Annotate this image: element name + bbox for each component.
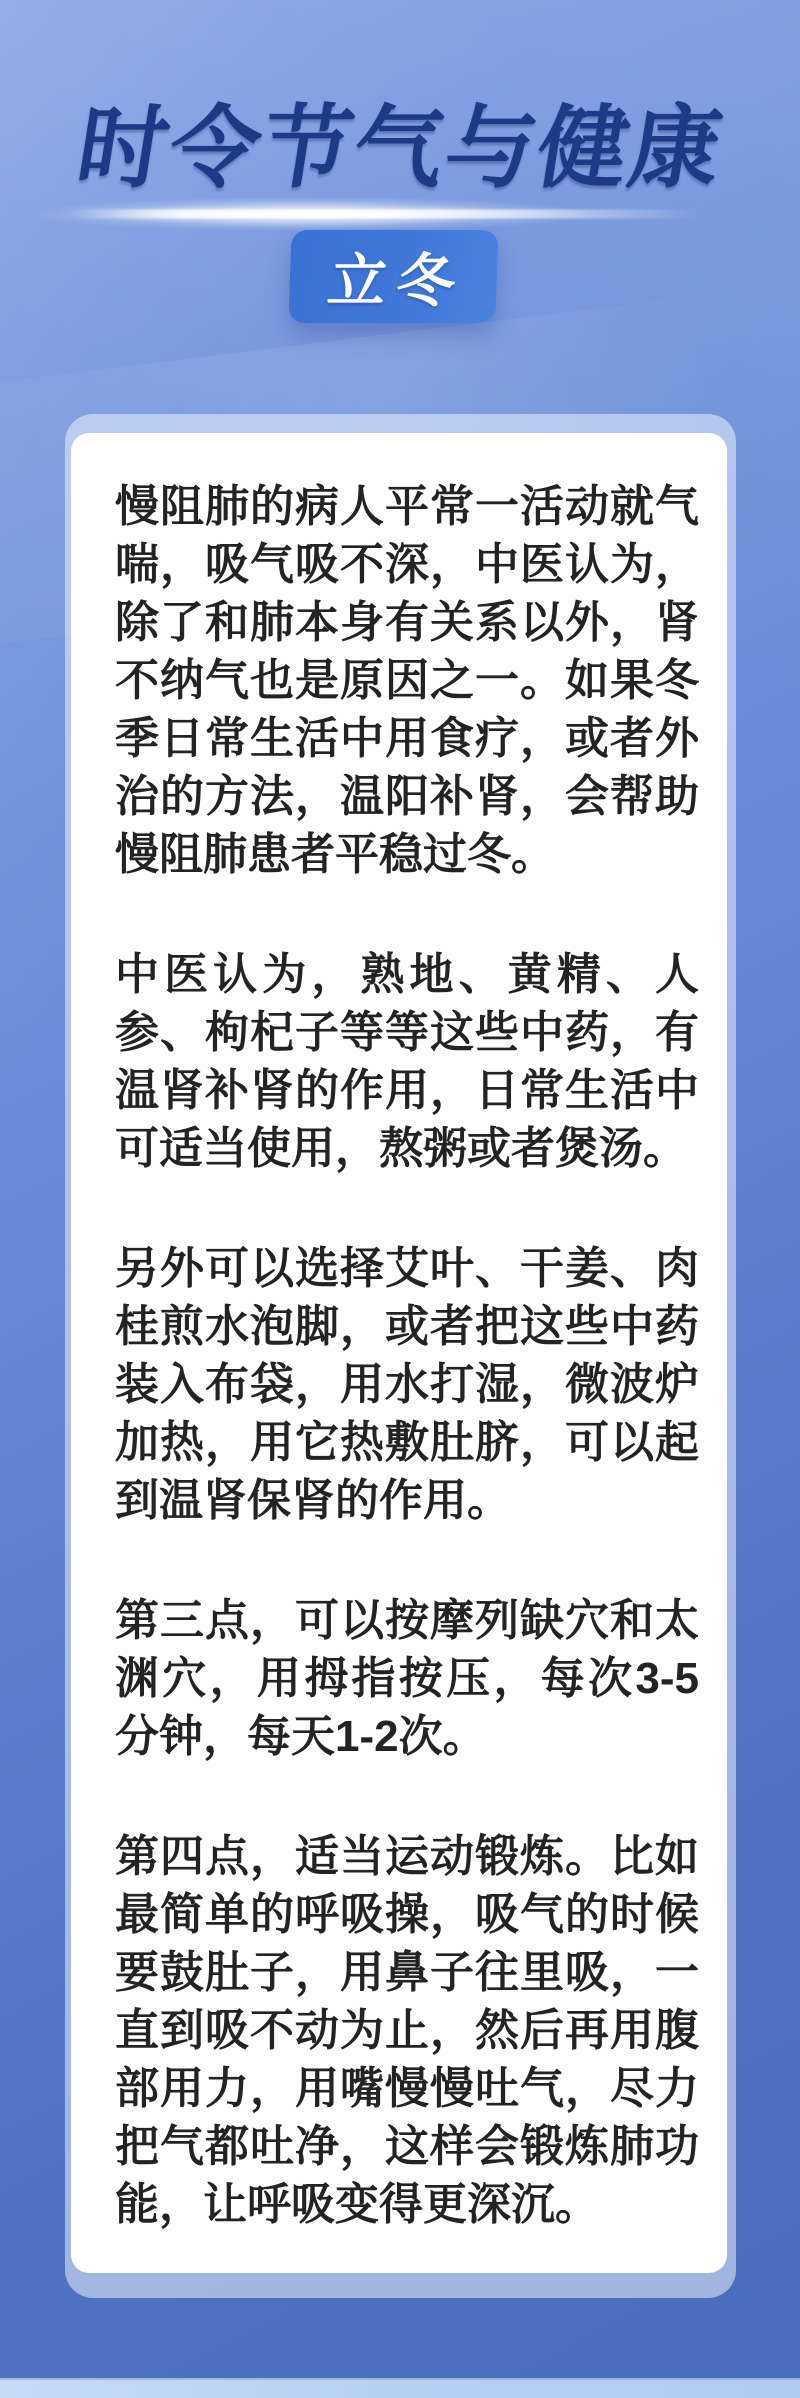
text-line: 慢阻肺的病人平常一活动就气: [115, 478, 699, 536]
text-line: 中医认为，熟地、黄精、人: [115, 946, 699, 1004]
paragraph: 另外可以选择艾叶、干姜、肉桂煎水泡脚，或者把这些中药装入布袋，用水打湿，微波炉加…: [115, 1240, 699, 1530]
text-line: 喘，吸气吸不深，中医认为，: [115, 536, 699, 594]
text-line: 分钟，每天1-2次。: [115, 1708, 699, 1766]
text-line: 加热，用它热敷肚脐，可以起: [115, 1414, 699, 1472]
text-line: 温肾补肾的作用，日常生活中: [115, 1062, 699, 1120]
text-line: 慢阻肺患者平稳过冬。: [115, 826, 699, 884]
paragraph: 中医认为，熟地、黄精、人参、枸杞子等等这些中药，有温肾补肾的作用，日常生活中可适…: [115, 946, 699, 1178]
text-line: 治的方法，温阳补肾，会帮助: [115, 768, 699, 826]
text-line: 部用力，用嘴慢慢吐气，尽力: [115, 2060, 699, 2118]
text-line: 能，让呼吸变得更深沉。: [115, 2176, 699, 2234]
bottom-strip: [0, 2378, 800, 2398]
content-card: 慢阻肺的病人平常一活动就气喘，吸气吸不深，中医认为，除了和肺本身有关系以外，肾不…: [71, 433, 727, 2273]
text-line: 可适当使用，熬粥或者煲汤。: [115, 1120, 699, 1178]
text-line: 要鼓肚子，用鼻子往里吸，一: [115, 1944, 699, 2002]
text-line: 渊穴，用拇指按压，每次3-5: [115, 1650, 699, 1708]
text-line: 把气都吐净，这样会锻炼肺功: [115, 2118, 699, 2176]
text-line: 最简单的呼吸操，吸气的时候: [115, 1886, 699, 1944]
text-line: 桂煎水泡脚，或者把这些中药: [115, 1298, 699, 1356]
text-line: 另外可以选择艾叶、干姜、肉: [115, 1240, 699, 1298]
paragraph: 慢阻肺的病人平常一活动就气喘，吸气吸不深，中医认为，除了和肺本身有关系以外，肾不…: [115, 478, 699, 884]
health-poster: 时令节气与健康 立冬 慢阻肺的病人平常一活动就气喘，吸气吸不深，中医认为，除了和…: [0, 0, 800, 2398]
text-line: 装入布袋，用水打湿，微波炉: [115, 1356, 699, 1414]
solar-term-badge: 立冬: [288, 229, 498, 323]
solar-term-badge-label: 立冬: [324, 234, 473, 318]
text-line: 不纳气也是原因之一。如果冬: [115, 652, 699, 710]
paragraph: 第三点，可以按摩列缺穴和太渊穴，用拇指按压，每次3-5分钟，每天1-2次。: [115, 1592, 699, 1766]
paragraph: 第四点，适当运动锻炼。比如最简单的呼吸操，吸气的时候要鼓肚子，用鼻子往里吸，一直…: [115, 1828, 699, 2234]
page-title: 时令节气与健康: [70, 100, 730, 199]
text-line: 除了和肺本身有关系以外，肾: [115, 594, 699, 652]
text-line: 季日常生活中用食疗，或者外: [115, 710, 699, 768]
text-line: 直到吸不动为止，然后再用腹: [115, 2002, 699, 2060]
text-line: 参、枸杞子等等这些中药，有: [115, 1004, 699, 1062]
text-line: 到温肾保肾的作用。: [115, 1472, 699, 1530]
title-row: 时令节气与健康: [0, 74, 800, 224]
text-line: 第三点，可以按摩列缺穴和太: [115, 1592, 699, 1650]
text-line: 第四点，适当运动锻炼。比如: [115, 1828, 699, 1886]
